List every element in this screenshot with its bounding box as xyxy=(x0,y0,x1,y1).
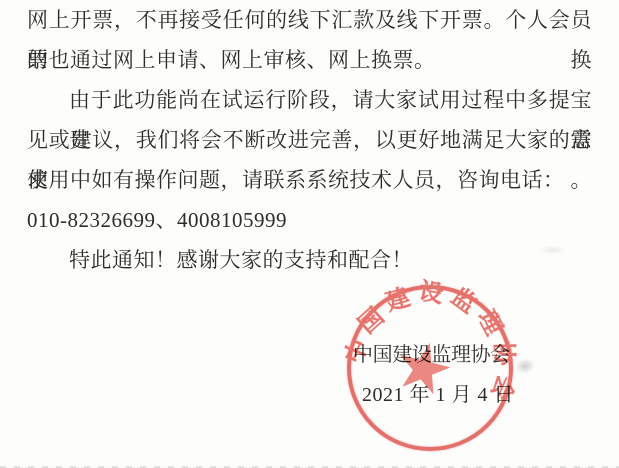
scan-smudge xyxy=(513,356,536,377)
seal-ring-icon xyxy=(347,285,513,451)
body-line: 网上开票，不再接受任何的线下汇款及线下开票。个人会员的换 xyxy=(27,0,592,40)
scan-smudge xyxy=(540,245,566,255)
notice-body: 网上开票，不再接受任何的线下汇款及线下开票。个人会员的换 票也通过网上申请、网上… xyxy=(27,0,592,280)
body-line: 使用中如有操作问题，请联系系统技术人员，咨询电话： xyxy=(27,160,592,200)
body-line: 由于此功能尚在试运行阶段，请大家试用过程中多提宝贵意 xyxy=(27,80,592,120)
signature-date: 2021 年 1 月 4 日 xyxy=(362,378,514,407)
official-seal: 中国建设监理协会 xyxy=(347,285,513,451)
body-line: 见或建议，我们将会不断改进完善，以更好地满足大家的需求。 xyxy=(27,120,592,160)
scanned-notice-page: 网上开票，不再接受任何的线下汇款及线下开票。个人会员的换 票也通过网上申请、网上… xyxy=(0,0,619,468)
signature-org: 中国建设监理协会 xyxy=(353,338,510,367)
closing-line: 特此通知！感谢大家的支持和配合！ xyxy=(27,240,592,280)
phone-numbers: 010-82326699、4008105999 xyxy=(27,200,592,240)
